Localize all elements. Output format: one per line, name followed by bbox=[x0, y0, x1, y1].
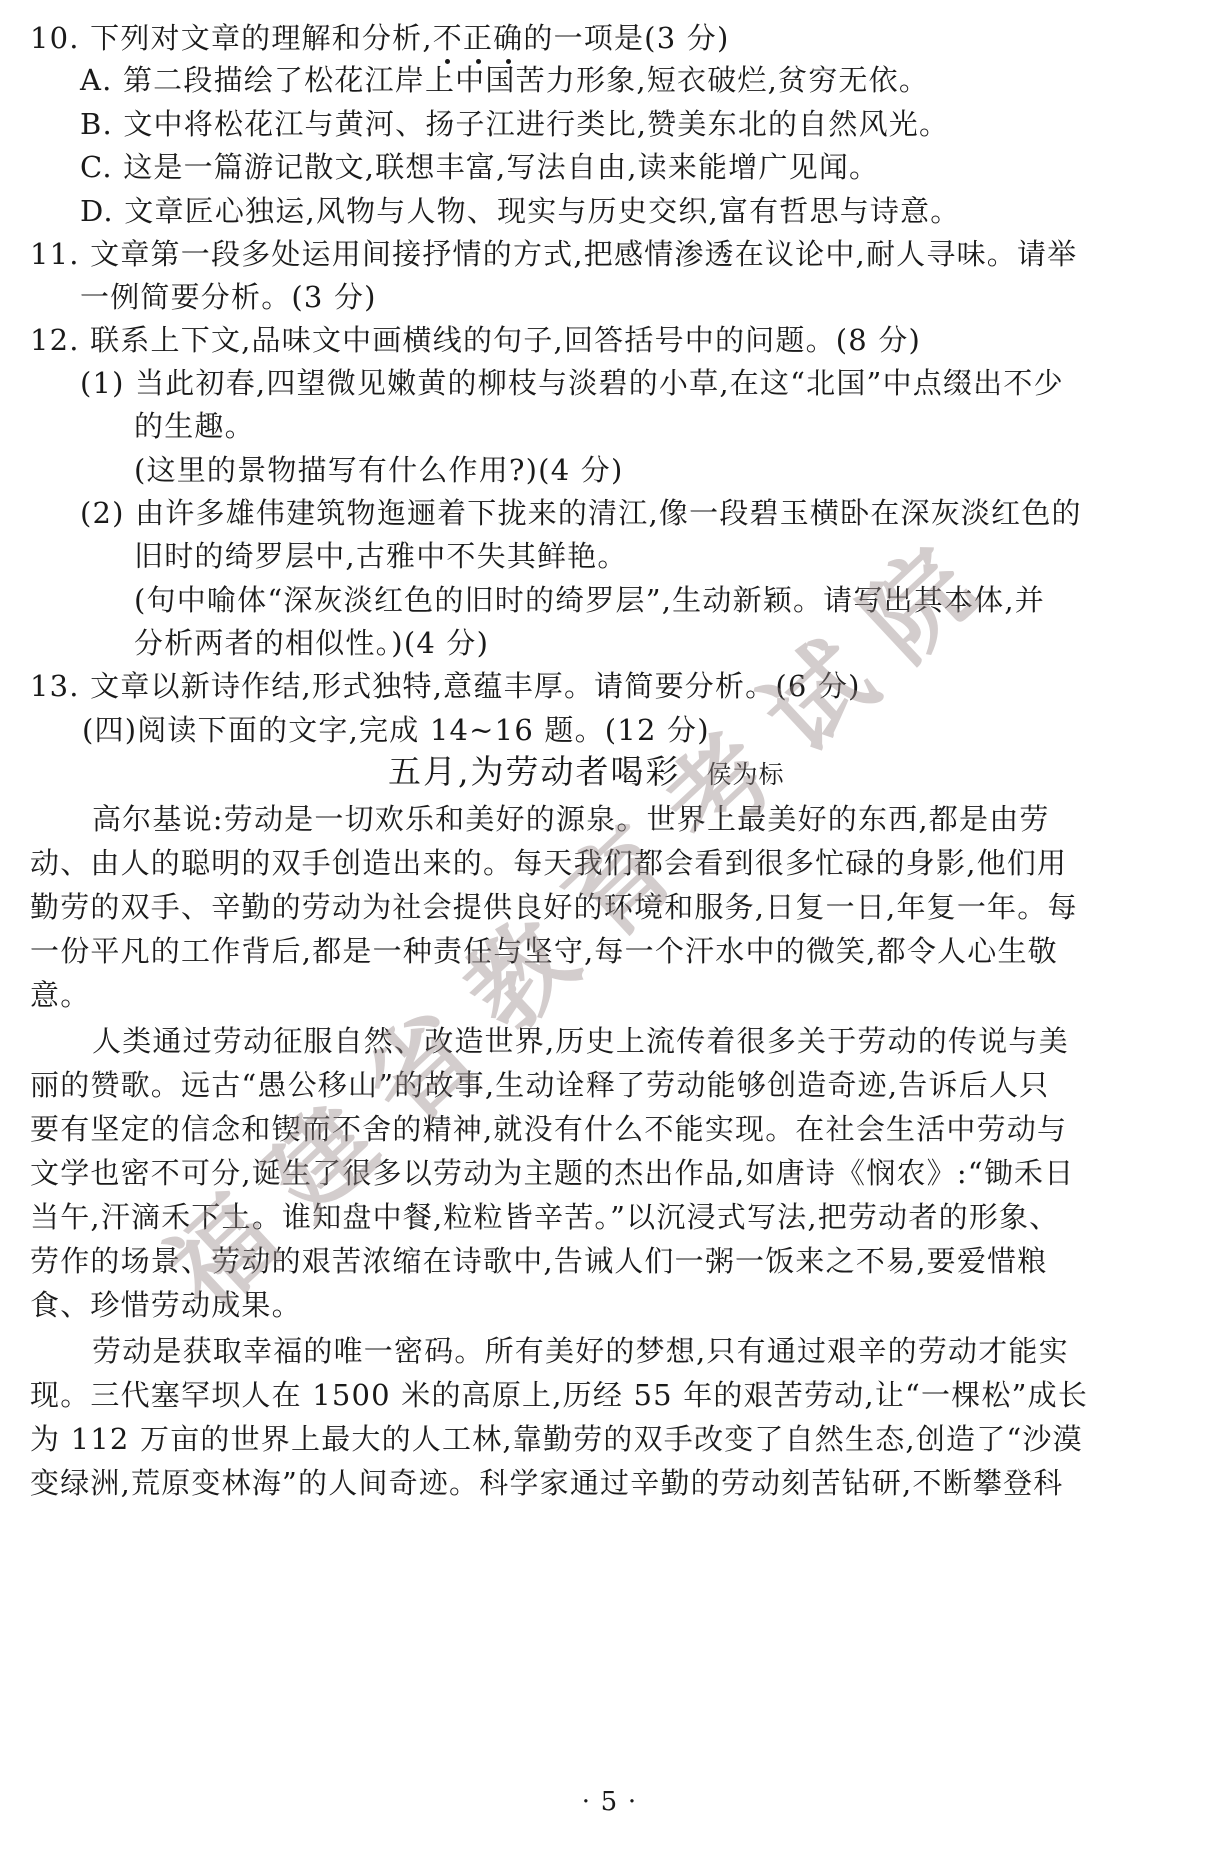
paragraph-2-line: 要有坚定的信念和锲而不舍的精神,就没有什么不能实现。在社会生活中劳动与 bbox=[30, 1109, 1067, 1149]
paragraph-2-line: 文学也密不可分,诞生了很多以劳动为主题的杰出作品,如唐诗《悯农》:“锄禾日 bbox=[30, 1153, 1074, 1193]
question-12-sub1-line2: 的生趣。 bbox=[134, 406, 255, 446]
question-10-suffix: 的一项是(3 分) bbox=[523, 21, 729, 55]
paragraph-3-line: 为 112 万亩的世界上最大的人工林,靠勤劳的双手改变了自然生态,创造了“沙漠 bbox=[30, 1419, 1083, 1459]
question-12-sub2-prompt2: 分析两者的相似性。)(4 分) bbox=[134, 623, 489, 663]
option-a: A. 第二段描绘了松花江岸上中国苦力形象,短衣破烂,贫穷无依。 bbox=[80, 60, 929, 100]
emphasis-char: 确 bbox=[493, 21, 523, 55]
emphasis-char: 正 bbox=[463, 21, 493, 55]
paragraph-3-line: 现。三代塞罕坝人在 1500 米的高原上,历经 55 年的艰苦劳动,让“一棵松”… bbox=[30, 1375, 1088, 1415]
question-12-sub2-line2: 旧时的绮罗层中,古雅中不失其鲜艳。 bbox=[134, 536, 628, 576]
paragraph-1-line: 意。 bbox=[30, 975, 90, 1015]
paragraph-2-line: 人类通过劳动征服自然、改造世界,历史上流传着很多关于劳动的传说与美 bbox=[92, 1021, 1069, 1061]
question-12-sub2-prompt1: (句中喻体“深灰淡红色的旧时的绮罗层”,生动新颖。请写出其本体,并 bbox=[134, 580, 1045, 620]
paragraph-1-line: 一份平凡的工作背后,都是一种责任与坚守,每一个汗水中的微笑,都令人心生敬 bbox=[30, 931, 1058, 971]
paragraph-1-line: 勤劳的双手、辛勤的劳动为社会提供良好的环境和服务,日复一日,年复一年。每 bbox=[30, 887, 1078, 927]
paragraph-3-line: 变绿洲,荒原变林海”的人间奇迹。科学家通过辛勤的劳动刻苦钻研,不断攀登科 bbox=[30, 1463, 1063, 1503]
paragraph-2-line: 劳作的场景、劳动的艰苦浓缩在诗歌中,告诫人们一粥一饭来之不易,要爱惜粮 bbox=[30, 1241, 1047, 1281]
question-12-sub2-line1: (2) 由许多雄伟建筑物迤逦着下拢来的清江,像一段碧玉横卧在深灰淡红色的 bbox=[80, 493, 1082, 533]
paragraph-2-line: 丽的赞歌。远古“愚公移山”的故事,生动诠释了劳动能够创造奇迹,告诉后人只 bbox=[30, 1065, 1049, 1105]
section-4-heading: (四)阅读下面的文字,完成 14~16 题。(12 分) bbox=[82, 710, 710, 750]
option-b: B. 文中将松花江与黄河、扬子江进行类比,赞美东北的自然风光。 bbox=[80, 104, 949, 144]
article-title: 五月,为劳动者喝彩 bbox=[388, 752, 681, 791]
question-10-prefix: 10. 下列对文章的理解和分析, bbox=[30, 21, 433, 55]
emphasis-char: 不 bbox=[433, 21, 463, 55]
paragraph-2-line: 当午,汗滴禾下土。谁知盘中餐,粒粒皆辛苦。”以沉浸式写法,把劳动者的形象、 bbox=[30, 1197, 1059, 1237]
question-10-stem: 10. 下列对文章的理解和分析,不正确的一项是(3 分) bbox=[30, 18, 729, 58]
option-c: C. 这是一篇游记散文,联想丰富,写法自由,读来能增广见闻。 bbox=[80, 147, 879, 187]
article-title-line: 五月,为劳动者喝彩侯为标 bbox=[388, 752, 785, 795]
paragraph-3-line: 劳动是获取幸福的唯一密码。所有美好的梦想,只有通过艰辛的劳动才能实 bbox=[92, 1331, 1069, 1371]
page-number: · 5 · bbox=[0, 1782, 1219, 1822]
exam-page: 10. 下列对文章的理解和分析,不正确的一项是(3 分) A. 第二段描绘了松花… bbox=[0, 0, 1219, 1859]
question-11-line2: 一例简要分析。(3 分) bbox=[80, 277, 377, 317]
paragraph-1-line: 高尔基说:劳动是一切欢乐和美好的源泉。世界上最美好的东西,都是由劳 bbox=[92, 799, 1050, 839]
article-author: 侯为标 bbox=[707, 760, 785, 789]
question-13-stem: 13. 文章以新诗作结,形式独特,意蕴丰厚。请简要分析。(6 分) bbox=[30, 666, 861, 706]
question-11-line1: 11. 文章第一段多处运用间接抒情的方式,把感情渗透在议论中,耐人寻味。请举 bbox=[30, 234, 1077, 274]
option-d: D. 文章匠心独运,风物与人物、现实与历史交织,富有哲思与诗意。 bbox=[80, 191, 961, 231]
paragraph-1-line: 动、由人的聪明的双手创造出来的。每天我们都会看到很多忙碌的身影,他们用 bbox=[30, 843, 1067, 883]
question-12-stem: 12. 联系上下文,品味文中画横线的句子,回答括号中的问题。(8 分) bbox=[30, 320, 921, 360]
question-12-sub1-line1: (1) 当此初春,四望微见嫩黄的柳枝与淡碧的小草,在这“北国”中点缀出不少 bbox=[80, 363, 1064, 403]
question-12-sub1-prompt: (这里的景物描写有什么作用?)(4 分) bbox=[134, 450, 623, 490]
paragraph-2-line: 食、珍惜劳动成果。 bbox=[30, 1285, 302, 1325]
